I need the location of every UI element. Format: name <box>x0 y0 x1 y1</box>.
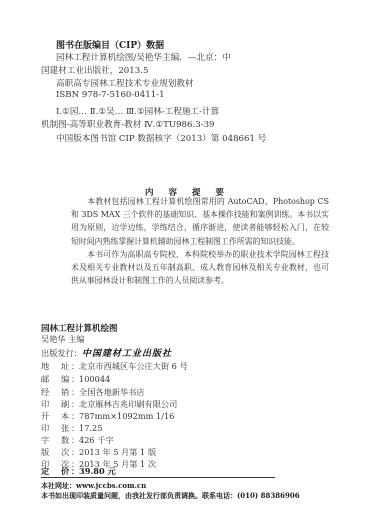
book-title: 园林工程计算机绘图 <box>41 322 118 334</box>
imprint-label: 本 <box>61 411 71 422</box>
price-value: 39.80 元 <box>79 466 116 476</box>
imprint-label: 编 <box>61 374 71 385</box>
imprint-label: 销 <box>61 387 71 398</box>
publisher-label: 出版发行： <box>41 348 82 359</box>
imprint-label: 印 <box>41 399 61 410</box>
summary-paragraph-text: 本书可作为高职高专院校、本科院校举办的职业技术学院园林工程技术及相关专业教材以及… <box>71 250 329 285</box>
imprint-row-edition: 版次：2013 年 5 月第 1 版 <box>41 447 156 458</box>
cip-line: 国建材工业出版社，2013.5 <box>41 64 148 76</box>
imprint-row-distributor: 经销：全国各地新华书店 <box>41 387 145 398</box>
imprint-label: 版 <box>41 447 61 458</box>
summary-paragraph: 本书可作为高职高专院校、本科院校举办的职业技术学院园林工程技术及相关专业教材以及… <box>71 248 329 288</box>
imprint-row-address: 地址：北京市西城区车公庄大街 6 号 <box>41 361 188 372</box>
cip-line: 园林工程计算机绘图/吴艳华主编．—北京：中 <box>56 51 231 63</box>
imprint-value: 2013 年 5 月第 1 版 <box>79 447 156 457</box>
imprint-value: 北京雁林吉兆印刷有限公司 <box>79 399 177 409</box>
footer-divider <box>41 477 275 478</box>
summary-paragraph-text: 本教材包括园林工程计算机绘图常用的 AutoCAD、Photoshop CS 和… <box>71 197 329 246</box>
cip-line: 高职高专园林工程技术专业规划教材 <box>56 77 194 89</box>
publisher-row: 出版发行：中国建材工业出版社 <box>41 348 172 359</box>
imprint-value: 北京市西城区车公庄大街 6 号 <box>79 361 188 371</box>
imprint-label: 定 <box>41 466 61 477</box>
imprint-row-sheets: 印张：17.25 <box>41 423 102 434</box>
book-editor: 吴艳华 主编 <box>41 334 85 345</box>
imprint-row-printer: 印刷：北京雁林吉兆印刷有限公司 <box>41 399 177 410</box>
imprint-label: 次 <box>61 447 71 458</box>
imprint-value: 426 千字 <box>79 435 114 445</box>
cip-heading: 图书在版编目（CIP）数据 <box>56 38 164 51</box>
imprint-value: 100044 <box>79 374 110 384</box>
publisher-website: 本社网址：www.jccbs.com.cn <box>41 481 146 491</box>
summary-paragraph: 本教材包括园林工程计算机绘图常用的 AutoCAD、Photoshop CS 和… <box>71 195 329 248</box>
cip-classification: 机制图-高等职业教育-教材 Ⅳ.①TU986.3-39 <box>41 118 215 130</box>
imprint-label: 地 <box>41 361 61 372</box>
imprint-label: 经 <box>41 387 61 398</box>
imprint-row-price: 定价：39.80 元 <box>41 466 116 477</box>
cip-isbn: ISBN 978-7-5160-0411-1 <box>56 90 165 100</box>
quality-notice: 本书如出现印装质量问题，由我社发行部负责调换。联系电话：(010) 883869… <box>41 491 300 501</box>
cip-record-number: 中国版本图书馆 CIP 数据核字（2013）第 048661 号 <box>56 132 266 144</box>
imprint-row-word-count: 字数：426 千字 <box>41 435 114 446</box>
imprint-value: 787mm×1092mm 1/16 <box>79 411 174 421</box>
imprint-label: 邮 <box>41 374 61 385</box>
publisher-name: 中国建材工业出版社 <box>82 349 172 359</box>
imprint-row-format: 开本：787mm×1092mm 1/16 <box>41 411 174 422</box>
imprint-label: 张 <box>61 423 71 434</box>
cip-classification: Ⅰ.①园… Ⅱ.①吴… Ⅲ.①园林-工程施工-计算 <box>56 105 219 117</box>
imprint-label: 印 <box>41 423 61 434</box>
imprint-label: 数 <box>61 435 71 446</box>
imprint-label: 刷 <box>61 399 71 410</box>
imprint-label: 开 <box>41 411 61 422</box>
imprint-value: 全国各地新华书店 <box>79 387 145 397</box>
imprint-label: 字 <box>41 435 61 446</box>
imprint-row-postcode: 邮编：100044 <box>41 374 110 385</box>
imprint-label: 价 <box>61 466 71 477</box>
imprint-value: 17.25 <box>79 423 102 433</box>
imprint-label: 址 <box>61 361 71 372</box>
